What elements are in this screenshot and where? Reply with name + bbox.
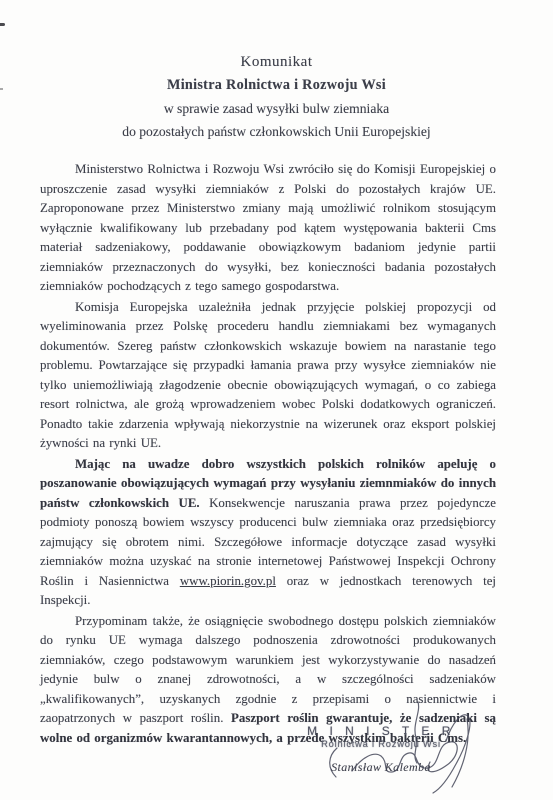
- signatory-name: Stanisław Kalemba: [285, 760, 477, 775]
- signature-department: Rolnictwa i Rozwoju Wsi: [285, 739, 477, 749]
- document-author-line: Ministra Rolnictwa i Rozwoju Wsi: [0, 74, 553, 97]
- piorin-url-link[interactable]: www.piorin.gov.pl: [180, 574, 276, 588]
- scanned-letter-page: Komunikat Ministra Rolnictwa i Rozwoju W…: [0, 0, 553, 800]
- scan-artifact-speck: [0, 88, 3, 90]
- paragraph-proposal: Ministerstwo Rolnictwa i Rozwoju Wsi zwr…: [40, 160, 496, 297]
- document-title: Komunikat: [0, 51, 553, 74]
- paragraph-text: Przypominam także, że osiągnięcie swobod…: [40, 614, 496, 726]
- paragraph-text: Ministerstwo Rolnictwa i Rozwoju Wsi zwr…: [40, 162, 496, 293]
- document-body: Ministerstwo Rolnictwa i Rozwoju Wsi zwr…: [40, 160, 496, 748]
- signature-title: M I N I S T E R: [285, 724, 477, 738]
- signature-block: M I N I S T E R Rolnictwa i Rozwoju Wsi …: [285, 724, 477, 775]
- paragraph-commission: Komisja Europejska uzależniła jednak prz…: [40, 298, 496, 454]
- paragraph-text: Komisja Europejska uzależniła jednak prz…: [40, 300, 496, 451]
- document-subject-line: do pozostałych państw członkowskich Unii…: [0, 120, 553, 143]
- scan-artifact-speck: [0, 23, 5, 26]
- document-header: Komunikat Ministra Rolnictwa i Rozwoju W…: [0, 0, 553, 143]
- document-subject-line: w sprawie zasad wysyłki bulw ziemniaka: [0, 97, 553, 120]
- paragraph-appeal: Mając na uwadze dobro wszystkich polskic…: [40, 455, 496, 611]
